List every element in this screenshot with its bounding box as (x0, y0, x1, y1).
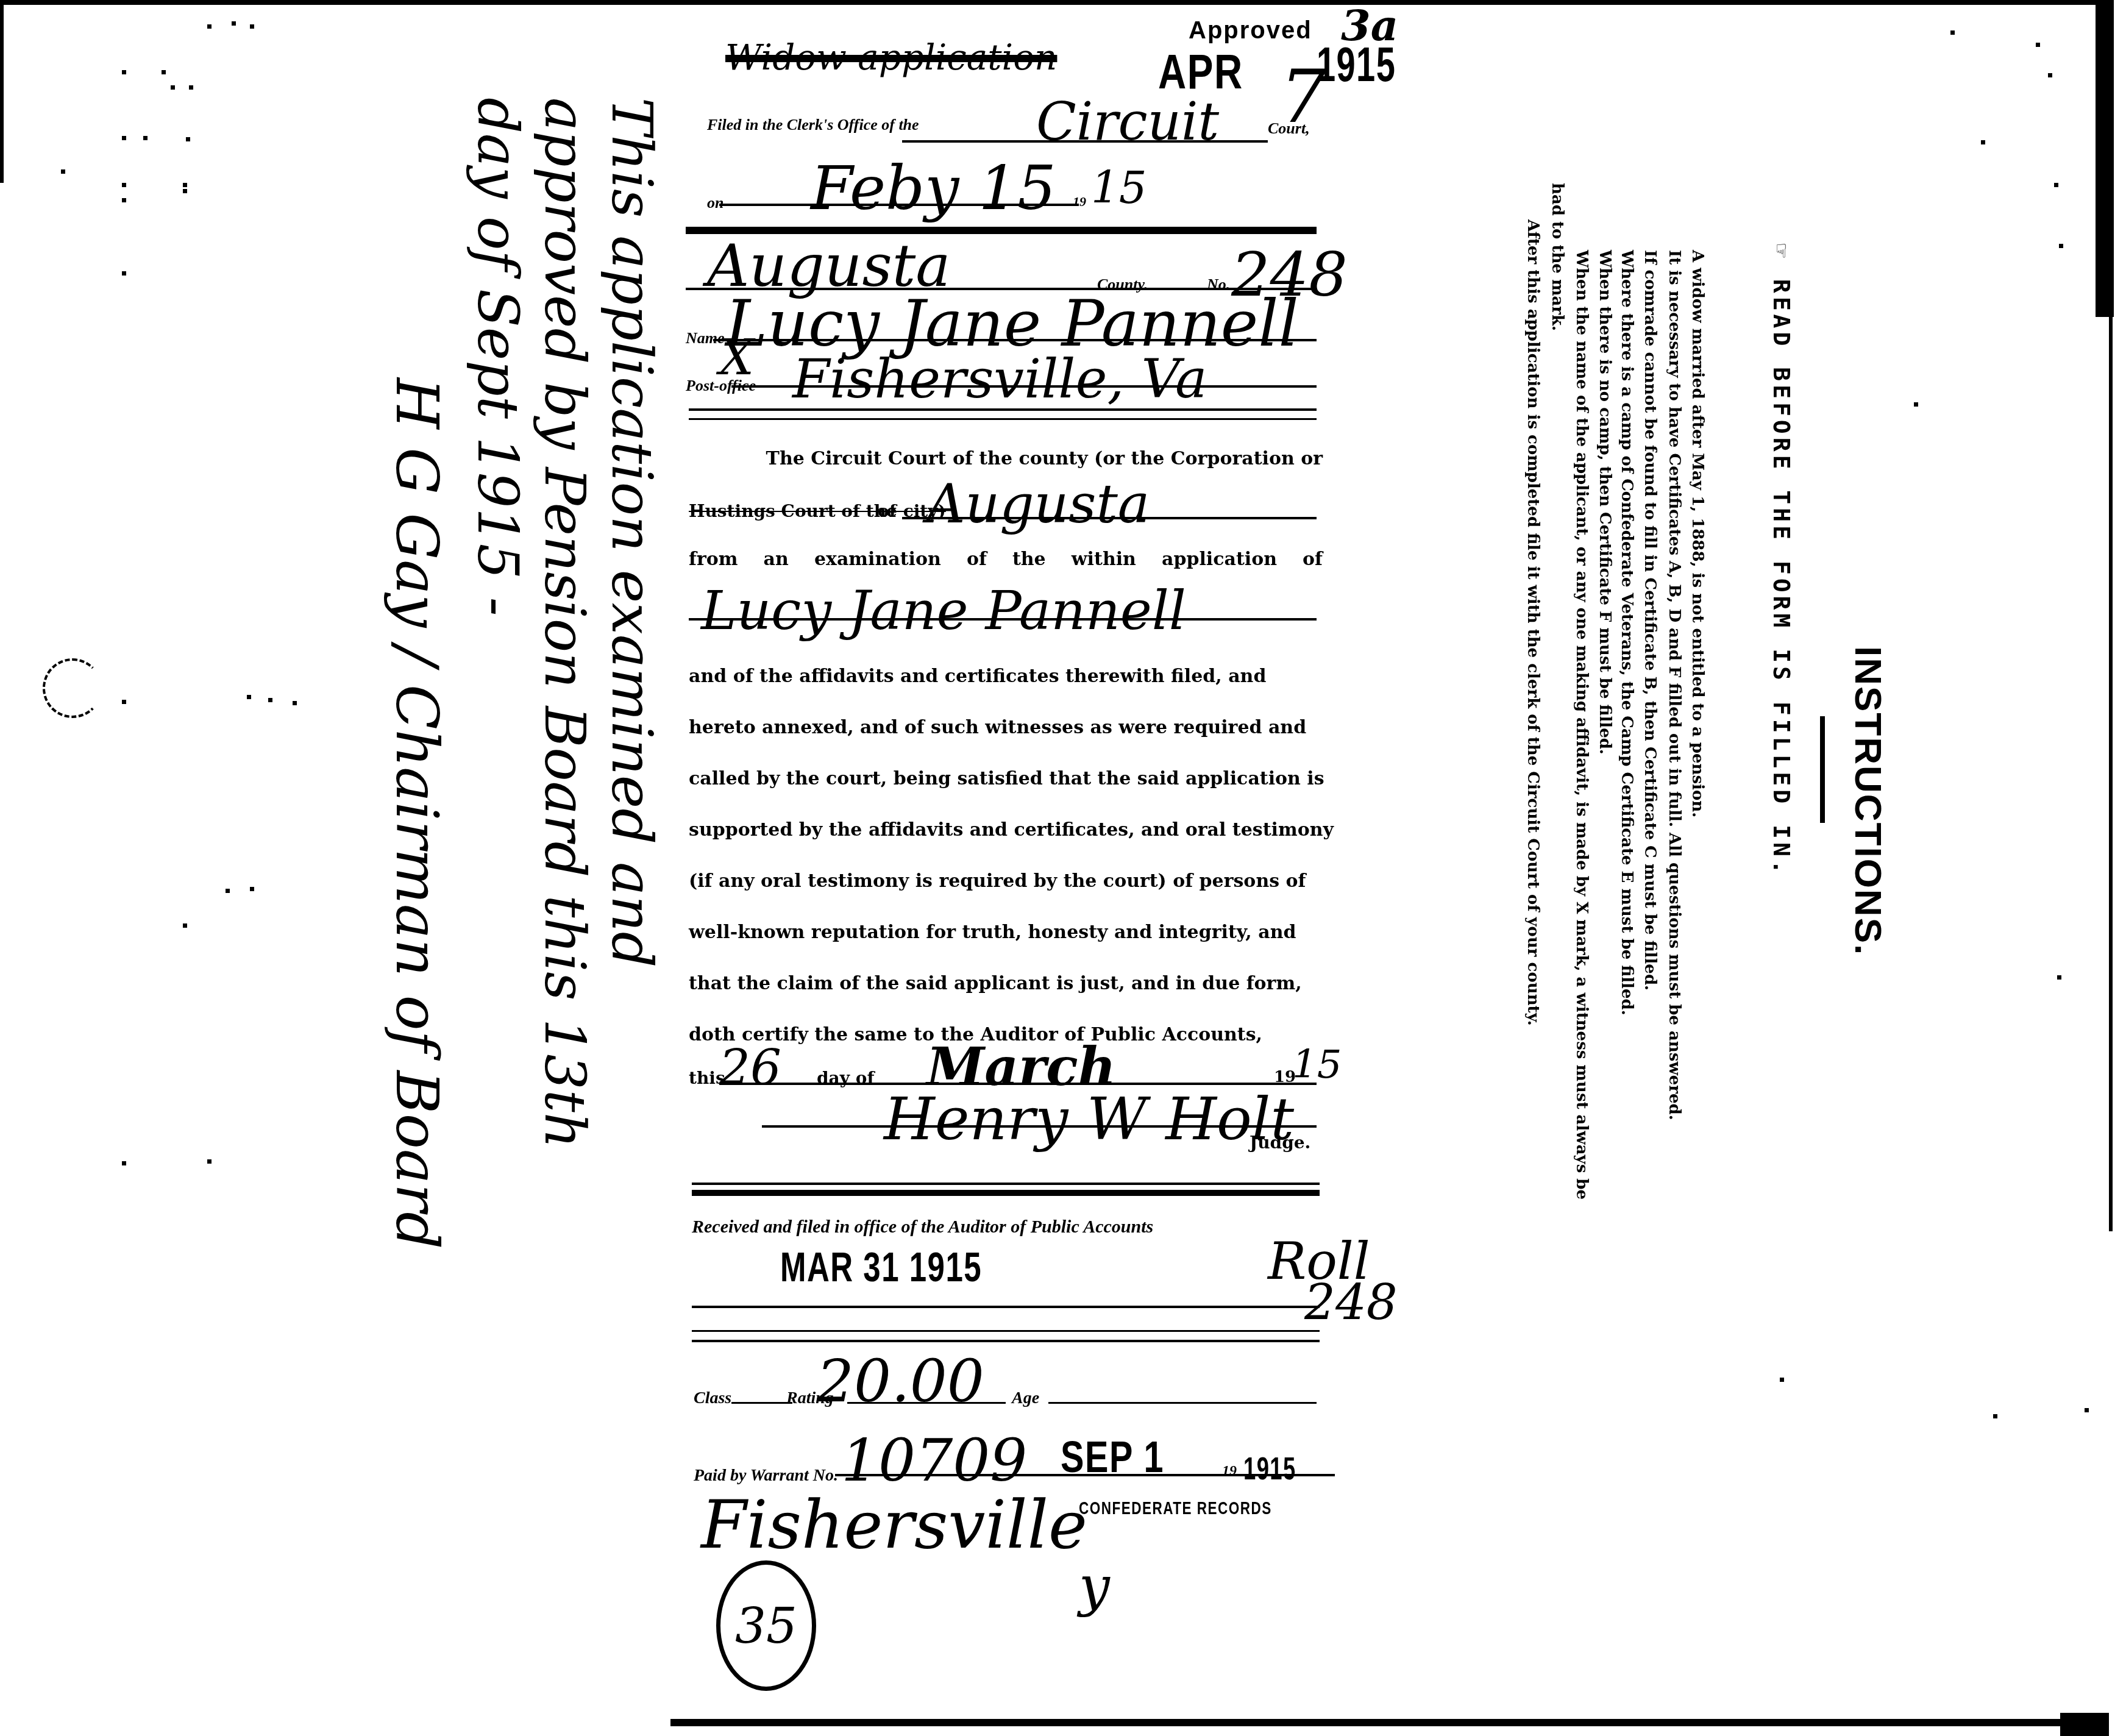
cert-day-value: 26 (719, 1039, 781, 1096)
left-margin-partial-circle (43, 658, 102, 718)
class-rule (731, 1402, 792, 1404)
payment-year: 1915 (1243, 1451, 1296, 1487)
cert-body-line: called by the court, being satisfied tha… (689, 753, 1323, 805)
scan-speck (1780, 1378, 1784, 1382)
instructions-subtitle: READ BEFORE THE FORM IS FILLED IN. (1768, 279, 1795, 878)
payment-year-prefix: 19 (1222, 1463, 1237, 1479)
section-rule-1 (692, 1183, 1320, 1185)
scan-speck (122, 1161, 126, 1165)
scan-speck (207, 24, 212, 29)
cert-body-line: (if any oral testimony is required by th… (689, 856, 1323, 907)
scan-speck (1914, 402, 1918, 407)
rating-value: 20.00 (817, 1347, 984, 1415)
age-rule (1048, 1402, 1317, 1404)
payment-date-stamp: SEP 1 (1061, 1432, 1164, 1482)
scan-speck (250, 24, 254, 29)
bottom-place-note: Fishersville (701, 1487, 1087, 1563)
approved-label: Approved (1189, 17, 1312, 44)
filing-year-value: 15 (1091, 162, 1147, 213)
left-endorsement-line-2: approved by Pension Board this 13th (532, 98, 597, 1148)
scan-top-edge (0, 0, 2109, 5)
scan-speck (2048, 73, 2052, 77)
left-endorsement-line-1: This application examined and (599, 98, 664, 967)
filing-on-label: on (707, 194, 723, 212)
instructions-divider (1820, 716, 1825, 823)
scan-speck (186, 137, 190, 141)
scan-speck (2054, 183, 2058, 187)
filing-label: Filed in the Clerk's Office of the (707, 116, 919, 133)
cert-body-line: well-known reputation for truth, honesty… (689, 907, 1323, 958)
cert-body: and of the affidavits and certificates t… (689, 651, 1323, 1061)
blank-rule-2 (689, 418, 1317, 420)
cert-day-of-label: day of (817, 1068, 874, 1088)
postoffice-value: Fishersville, Va (792, 347, 1207, 410)
left-endorsement-signature: H G Gay / Chairman of Board (383, 378, 451, 1249)
scan-left-edge (0, 0, 4, 183)
scan-speck (122, 136, 126, 140)
age-label: Age (1012, 1389, 1039, 1408)
auditor-received-label: Received and filed in office of the Audi… (692, 1217, 1153, 1237)
cert-line-1: The Circuit Court of the county (or the … (701, 448, 1323, 469)
class-label: Class (694, 1389, 731, 1408)
confederate-records-stamp: CONFEDERATE RECORDS (1079, 1498, 1272, 1519)
scan-speck (293, 701, 297, 705)
warrant-label: Paid by Warrant No. (694, 1466, 838, 1485)
cert-applicant-value: Lucy Jane Pannell (701, 579, 1186, 642)
scan-speck (232, 21, 236, 26)
auditor-stamp-date: MAR 31 1915 (780, 1243, 982, 1291)
cert-line-3: from an examination of the within applic… (689, 549, 1323, 570)
cert-body-line: hereto annexed, and of such witnesses as… (689, 702, 1323, 753)
scan-speck (171, 85, 175, 90)
heavy-rule-2 (692, 1190, 1320, 1196)
scan-speck (226, 889, 230, 893)
struck-text: Widow application (725, 37, 1057, 78)
scan-speck (162, 70, 166, 74)
cert-body-line: and of the affidavits and certificates t… (689, 651, 1323, 702)
scan-speck (183, 189, 187, 193)
scan-speck (2085, 1408, 2089, 1412)
scan-speck (122, 271, 126, 276)
cert-court-of-rule (902, 517, 1317, 519)
scan-speck (2036, 43, 2040, 47)
instructions-item: When the name of the applicant, or any o… (1573, 250, 1591, 1200)
scan-speck (1993, 1414, 1997, 1418)
auditor-rule-1 (692, 1306, 1320, 1308)
scan-speck (250, 887, 254, 891)
instructions-item: It is necessary to have Certificates A, … (1665, 250, 1683, 1120)
scan-speck (183, 923, 187, 928)
corner-note: 3a (1341, 0, 1398, 51)
instructions-item: had to the mark. (1548, 183, 1566, 331)
name-label: Name (686, 329, 725, 347)
instructions-title: INSTRUCTIONS. (1846, 646, 1890, 956)
scan-speck (183, 183, 187, 187)
scan-speck (143, 136, 148, 140)
scan-speck (189, 85, 193, 90)
filing-date-value: Feby 15 (811, 152, 1056, 224)
scan-speck (2057, 975, 2061, 980)
circled-number-value: 35 (735, 1598, 797, 1654)
cert-year-value: 15 (1292, 1042, 1342, 1087)
instructions-item: When there is no camp, then Certificate … (1596, 250, 1614, 755)
scan-speck (268, 698, 272, 702)
rating-rule (847, 1402, 1006, 1404)
scan-speck (122, 70, 126, 74)
cert-body-line: that the claim of the said applicant is … (689, 958, 1323, 1009)
filing-date-rule (719, 204, 1079, 206)
instructions-subtitle-row: ☞ READ BEFORE THE FORM IS FILLED IN. (1768, 244, 1795, 878)
judge-rule (762, 1125, 1317, 1128)
auditor-rule-2 (692, 1330, 1320, 1332)
pointing-hand-icon: ☞ (1768, 244, 1795, 261)
scan-speck (1981, 140, 1985, 144)
blank-rule-1 (689, 408, 1317, 411)
filing-court-value: Circuit (1036, 91, 1219, 152)
postoffice-rule (731, 385, 1317, 388)
filing-court-suffix: Court, (1268, 119, 1310, 138)
scan-speck (207, 1159, 212, 1164)
cert-court-of-value: Augusta (926, 472, 1150, 535)
filing-court-rule (902, 140, 1268, 143)
scan-speck (122, 198, 126, 202)
scan-speck (61, 169, 65, 174)
scan-speck (1950, 30, 1955, 35)
instructions-item: After this application is completed file… (1524, 219, 1542, 1026)
instructions-item: A widow married after May 1, 1888, is no… (1688, 250, 1707, 817)
scan-speck (247, 695, 251, 699)
filing-line: Filed in the Clerk's Office of the (707, 116, 1317, 152)
cert-applicant-rule (689, 618, 1317, 621)
name-rule (713, 339, 1317, 341)
judge-signature: Henry W Holt (884, 1085, 1294, 1153)
roll-number: 248 (1304, 1274, 1398, 1331)
scan-speck (122, 700, 126, 704)
instructions-item: Where there is a camp of Confederate Vet… (1618, 250, 1636, 1016)
cert-body-line: supported by the affidavits and certific… (689, 805, 1323, 856)
scan-bottom-edge (670, 1719, 2109, 1726)
scan-bottom-corner (2060, 1713, 2109, 1736)
cert-line-2-of: of (878, 501, 897, 521)
bottom-place-flourish: y (1079, 1554, 1110, 1618)
scan-speck (2059, 244, 2063, 248)
scan-right-border-thin (2109, 317, 2113, 1231)
left-endorsement-line-3: day of Sept 1915 - (465, 98, 530, 616)
instructions-item: If comrade cannot be found to fill in Ce… (1641, 250, 1659, 991)
filing-year-prefix: 19 (1073, 194, 1086, 210)
auditor-rule-3 (692, 1340, 1320, 1342)
scan-speck (122, 183, 126, 187)
scan-right-border (2096, 0, 2114, 317)
circled-number: 35 (716, 1560, 816, 1691)
judge-label: Judge. (1250, 1133, 1310, 1153)
warrant-number: 10709 (841, 1426, 1027, 1495)
